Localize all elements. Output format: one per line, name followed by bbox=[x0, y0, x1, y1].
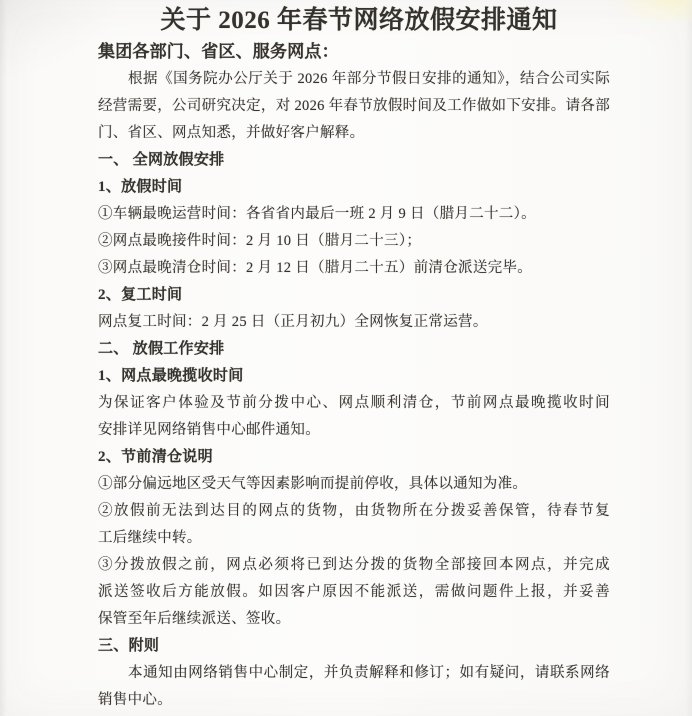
doc-heading-line: 2、复工时间 bbox=[98, 282, 610, 309]
doc-text-line: 工后继续中转。 bbox=[98, 525, 610, 552]
doc-text-line: 根据《国务院办公厅关于 2026 年部分节假日安排的通知》，结合公司实际 bbox=[98, 66, 610, 93]
doc-heading-line: 2、节前清仓说明 bbox=[98, 444, 610, 471]
doc-text-line: 保管至年后继续派送、签收。 bbox=[98, 606, 610, 633]
document-content: 关于 2026 年春节网络放假安排通知 集团各部门、省区、服务网点： 根据《国务… bbox=[98, 0, 610, 714]
doc-text-line: 经营需要，公司研究决定，对 2026 年春节放假时间及工作做如下安排。请各部 bbox=[98, 93, 610, 120]
doc-text-line: 为保证客户体验及节前分拨中心、网点顺利清仓，节前网点最晚揽收时间 bbox=[98, 390, 610, 417]
doc-text-line: 网点复工时间：2 月 25 日（正月初九）全网恢复正常运营。 bbox=[98, 309, 610, 336]
doc-text-line: 销售中心。 bbox=[98, 687, 610, 714]
document-page: 关于 2026 年春节网络放假安排通知 集团各部门、省区、服务网点： 根据《国务… bbox=[0, 0, 692, 716]
doc-heading-line: 1、网点最晚揽收时间 bbox=[98, 363, 610, 390]
doc-heading-line: 1、放假时间 bbox=[98, 174, 610, 201]
document-body: 根据《国务院办公厅关于 2026 年部分节假日安排的通知》，结合公司实际经营需要… bbox=[98, 66, 610, 714]
doc-text-line: 本通知由网络销售中心制定，并负责解释和修订；如有疑问，请联系网络 bbox=[98, 660, 610, 687]
doc-text-line: ③分拨放假之前，网点必须将已到达分拨的货物全部接回本网点，并完成 bbox=[98, 552, 610, 579]
doc-heading-line: 三、附则 bbox=[98, 633, 610, 660]
doc-text-line: 派送签收后方能放假。如因客户原因不能派送，需做问题件上报，并妥善 bbox=[98, 579, 610, 606]
document-salutation: 集团各部门、省区、服务网点： bbox=[98, 38, 610, 66]
doc-text-line: 安排详见网络销售中心邮件通知。 bbox=[98, 417, 610, 444]
doc-heading-line: 二、 放假工作安排 bbox=[98, 336, 610, 363]
document-title: 关于 2026 年春节网络放假安排通知 bbox=[108, 4, 610, 38]
doc-text-line: 门、省区、网点知悉，并做好客户解释。 bbox=[98, 120, 610, 147]
doc-text-line: ②网点最晚接件时间：2 月 10 日（腊月二十三）； bbox=[98, 228, 610, 255]
doc-heading-line: 一、 全网放假安排 bbox=[98, 147, 610, 174]
doc-text-line: ③网点最晚清仓时间：2 月 12 日（腊月二十五）前清仓派送完毕。 bbox=[98, 255, 610, 282]
doc-text-line: ②放假前无法到达目的网点的货物，由货物所在分拨妥善保管，待春节复 bbox=[98, 498, 610, 525]
doc-text-line: ①部分偏远地区受天气等因素影响而提前停收，具体以通知为准。 bbox=[98, 471, 610, 498]
doc-text-line: ①车辆最晚运营时间：各省省内最后一班 2 月 9 日（腊月二十二）。 bbox=[98, 201, 610, 228]
